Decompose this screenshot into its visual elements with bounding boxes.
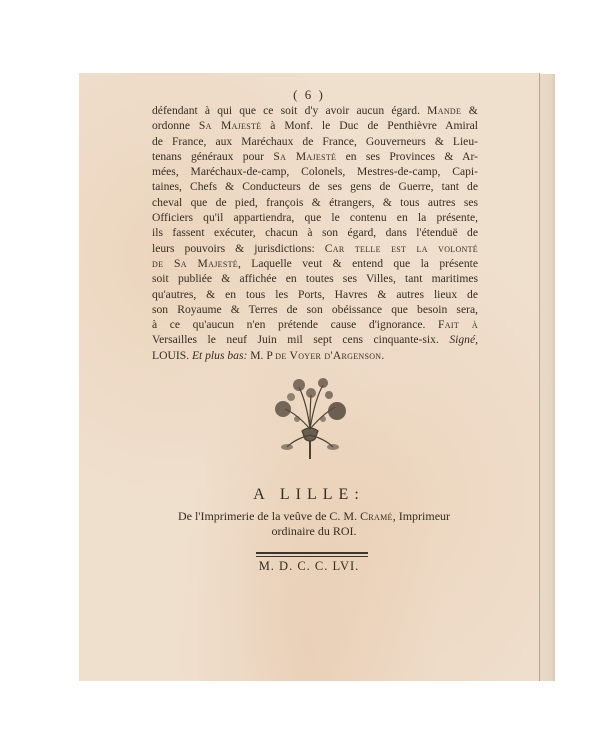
text-segment: Versailles le neuf Juin mil sept cens ci… bbox=[152, 333, 449, 346]
text-line: cheval que de pied, françois & étrangers… bbox=[152, 195, 478, 210]
text-segment-italic: Et plus bas: bbox=[192, 349, 247, 362]
printer-text: ordinaire du ROI. bbox=[272, 524, 357, 538]
text-line: de Sa Majesté, Laquelle veut & entend qu… bbox=[152, 256, 478, 271]
text-segment-smallcaps: Car telle est la volonté bbox=[325, 242, 478, 255]
text-segment: défendant à qui que ce soit d'y avoir au… bbox=[152, 104, 427, 117]
text-segment: tenans généraux pour bbox=[152, 150, 273, 163]
back-page-edge bbox=[537, 74, 555, 681]
text-line: leurs pouvoirs & jurisdictions: Car tell… bbox=[152, 241, 478, 256]
text-line: défendant à qui que ce soit d'y avoir au… bbox=[152, 103, 478, 118]
text-segment-italic: Signé, bbox=[449, 333, 478, 346]
text-segment: M. P bbox=[247, 349, 275, 362]
text-line: de France, aux Maréchaux de France, Gouv… bbox=[152, 134, 478, 149]
floral-bouquet-ornament-icon bbox=[267, 369, 353, 461]
text-line: son Royaume & Terres de son obéissance q… bbox=[152, 302, 478, 317]
text-segment: en ses Provinces & Ar- bbox=[336, 150, 478, 163]
text-line: qu'autres, & en tous les Ports, Havres &… bbox=[152, 287, 478, 302]
text-line: LOUIS. Et plus bas: M. P de Voyer d'Arge… bbox=[152, 348, 478, 363]
text-line: Versailles le neuf Juin mil sept cens ci… bbox=[152, 332, 478, 347]
text-line: tenans généraux pour Sa Majesté en ses P… bbox=[152, 149, 478, 164]
text-line: soit publiée & affichée en toutes ses Vi… bbox=[152, 271, 478, 286]
text-line: ils fassent exécuter, chacun à son égard… bbox=[152, 225, 478, 240]
double-rule-divider bbox=[256, 552, 368, 557]
text-segment-smallcaps: Mande & bbox=[427, 104, 478, 117]
text-segment-smallcaps: de Voyer d'Argenson. bbox=[275, 349, 384, 362]
text-segment: , Laquelle veut & entend que la présente bbox=[238, 257, 478, 270]
text-line: taines, Chefs & Conducteurs de ses gens … bbox=[152, 179, 478, 194]
printer-name: Cramé bbox=[360, 509, 393, 523]
printer-text: De l'Imprimerie de la veûve de C. M. bbox=[178, 509, 360, 523]
document-page: ( 6 ) défendant à qui que ce soit d'y av… bbox=[79, 73, 539, 681]
text-segment: leurs pouvoirs & jurisdictions: bbox=[152, 242, 325, 255]
text-segment-smallcaps: de Sa Majesté bbox=[152, 257, 238, 270]
text-line: ordonne Sa Majesté à Monf. le Duc de Pen… bbox=[152, 118, 478, 133]
ordinance-body-text: défendant à qui que ce soit d'y avoir au… bbox=[152, 103, 478, 363]
text-segment-smallcaps: Sa Majesté bbox=[273, 150, 336, 163]
printer-text: , Imprimeur bbox=[393, 509, 450, 523]
imprint-printer: De l'Imprimerie de la veûve de C. M. Cra… bbox=[149, 509, 479, 539]
text-line: à ce qu'aucun n'en prétende cause d'igno… bbox=[152, 317, 478, 332]
text-segment-smallcaps: Fait à bbox=[438, 318, 478, 331]
text-line: Officiers qu'il appartiendra, que le con… bbox=[152, 210, 478, 225]
page-number: ( 6 ) bbox=[79, 87, 539, 103]
text-segment: à ce qu'aucun n'en prétende cause d'igno… bbox=[152, 318, 438, 331]
text-segment: ordonne bbox=[152, 119, 199, 132]
imprint-date: M. D. C. C. LVI. bbox=[79, 559, 539, 574]
text-segment-smallcaps: Sa Majesté bbox=[199, 119, 261, 132]
imprint-place: A LILLE: bbox=[79, 486, 539, 504]
text-segment: à Monf. le Duc de Penthièvre Amiral bbox=[261, 119, 478, 132]
text-segment: LOUIS. bbox=[152, 349, 192, 362]
text-line: mées, Maréchaux-de-camp, Colonels, Mestr… bbox=[152, 164, 478, 179]
